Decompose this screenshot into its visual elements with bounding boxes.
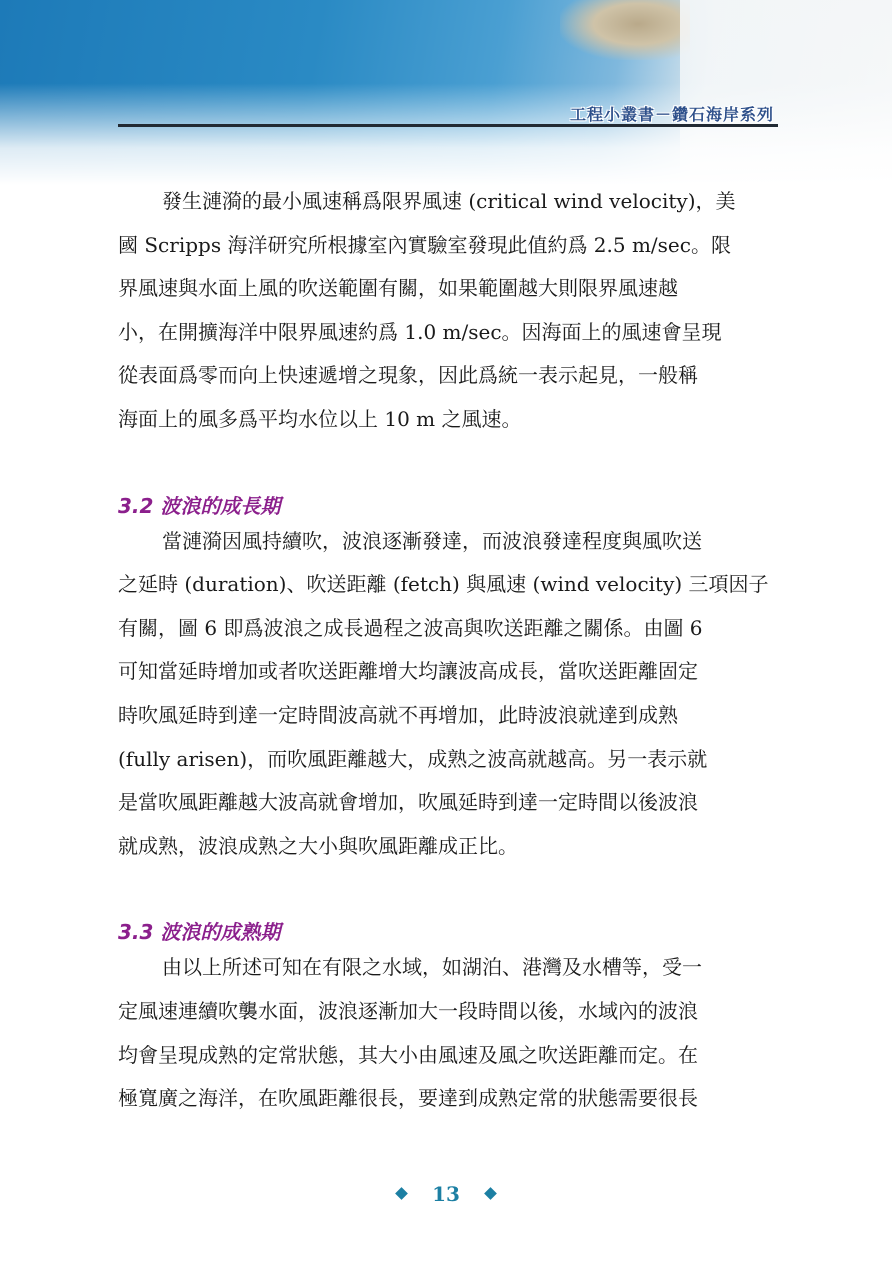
series-title: 工程小叢書－鑽石海岸系列	[570, 102, 774, 125]
text-line: 界風速與水面上風的吹送範圍有關，如果範圍越大則限界風速越	[118, 267, 778, 311]
text-line: 時吹風延時到達一定時間波高就不再增加，此時波浪就達到成熟	[118, 694, 778, 738]
section-3-3-paragraph: 由以上所述可知在有限之水域，如湖泊、港灣及水槽等，受一 定風速連續吹襲水面，波浪…	[118, 946, 778, 1120]
text-line: 均會呈現成熟的定常狀態，其大小由風速及風之吹送距離而定。在	[118, 1034, 778, 1078]
page-body: 發生漣漪的最小風速稱爲限界風速 (critical wind velocity)…	[118, 180, 778, 1121]
text-line: 定風速連續吹襲水面，波浪逐漸加大一段時間以後，水域內的波浪	[118, 990, 778, 1034]
rock-image	[560, 0, 690, 60]
text-line: 極寬廣之海洋，在吹風距離很長，要達到成熟定常的狀態需要很長	[118, 1077, 778, 1121]
text-line: 可知當延時增加或者吹送距離增大均讓波高成長，當吹送距離固定	[118, 650, 778, 694]
text-line: 小，在開擴海洋中限界風速約爲 1.0 m/sec。因海面上的風速會呈現	[118, 311, 778, 355]
text-line: 由以上所述可知在有限之水域，如湖泊、港灣及水槽等，受一	[118, 946, 778, 990]
page-number: 13	[432, 1182, 460, 1206]
page-footer: 13	[0, 1182, 892, 1206]
text-line: 是當吹風距離越大波高就會增加，吹風延時到達一定時間以後波浪	[118, 781, 778, 825]
harbor-image	[680, 0, 892, 170]
text-line: 就成熟，波浪成熟之大小與吹風距離成正比。	[118, 825, 778, 869]
text-line: 從表面爲零而向上快速遞增之現象，因此爲統一表示起見，一般稱	[118, 354, 778, 398]
diamond-icon	[484, 1187, 497, 1200]
intro-paragraph: 發生漣漪的最小風速稱爲限界風速 (critical wind velocity)…	[118, 180, 778, 442]
section-3-2-paragraph: 當漣漪因風持續吹，波浪逐漸發達，而波浪發達程度與風吹送 之延時 (duratio…	[118, 520, 778, 869]
text-line: 國 Scripps 海洋研究所根據室內實驗室發現此值約爲 2.5 m/sec。限	[118, 224, 778, 268]
text-line: (fully arisen)，而吹風距離越大，成熟之波高就越高。另一表示就	[118, 738, 778, 782]
header-banner-image	[0, 0, 892, 185]
text-line: 發生漣漪的最小風速稱爲限界風速 (critical wind velocity)…	[118, 180, 778, 224]
header-divider	[118, 124, 778, 127]
diamond-icon	[395, 1187, 408, 1200]
text-line: 海面上的風多爲平均水位以上 10 m 之風速。	[118, 398, 778, 442]
text-line: 之延時 (duration)、吹送距離 (fetch) 與風速 (wind ve…	[118, 563, 778, 607]
text-line: 有關，圖 6 即爲波浪之成長過程之波高與吹送距離之關係。由圖 6	[118, 607, 778, 651]
text-line: 當漣漪因風持續吹，波浪逐漸發達，而波浪發達程度與風吹送	[118, 520, 778, 564]
